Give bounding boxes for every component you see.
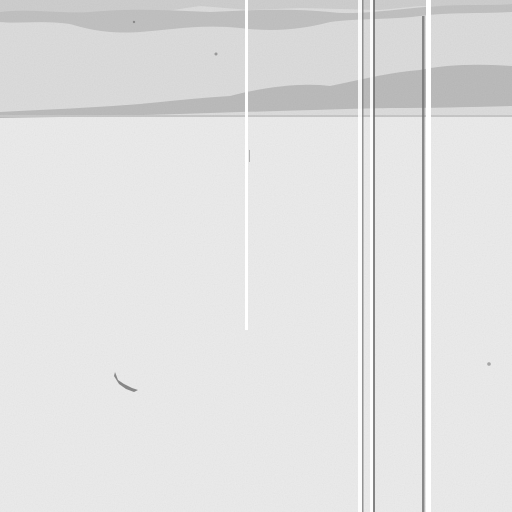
scratch-light xyxy=(358,0,362,512)
speck xyxy=(215,53,218,56)
speck xyxy=(487,362,491,366)
scratch-dark xyxy=(249,150,250,162)
scratch-light xyxy=(245,0,248,330)
photograph xyxy=(0,0,512,512)
scratch-dark xyxy=(362,0,364,512)
speck xyxy=(133,21,135,23)
scratch-dark xyxy=(373,0,375,512)
scratch-light xyxy=(426,0,431,512)
scratch-dark xyxy=(422,16,425,512)
horizon-line xyxy=(0,115,512,117)
landscape-svg xyxy=(0,0,512,512)
